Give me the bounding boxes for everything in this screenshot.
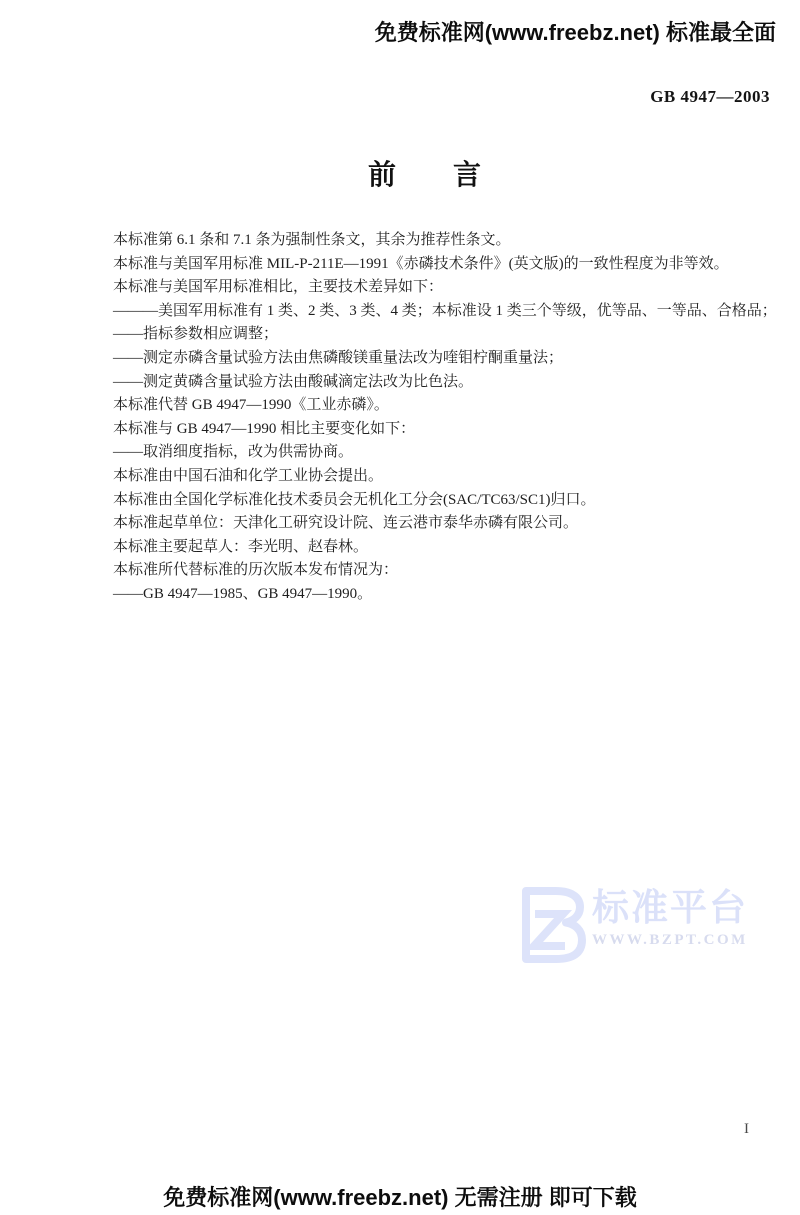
page-title: 前言 <box>0 153 800 193</box>
watermark-site-url: WWW.BZPT.COM <box>592 932 748 949</box>
paragraph-line: ———美国军用标准有 1 类、2 类、3 类、4 类；本标准设 1 类三个等级，… <box>113 300 777 324</box>
watermark-site-name: 标准平台 <box>592 888 748 928</box>
freebz-footer-banner: 免费标准网(www.freebz.net) 无需注册 即可下载 <box>0 1181 800 1212</box>
title-char-yan: 言 <box>453 160 482 191</box>
paragraph-line: 本标准与美国军用标准 MIL-P-211E—1991《赤磷技术条件》(英文版)的… <box>113 253 777 277</box>
freebz-header-banner: 免费标准网(www.freebz.net) 标准最全面 <box>375 16 776 47</box>
document-page: 免费标准网(www.freebz.net) 标准最全面 GB 4947—2003… <box>0 0 800 1215</box>
paragraph-line: 本标准起草单位：天津化工研究设计院、连云港市泰华赤磷有限公司。 <box>113 512 777 536</box>
paragraph-line: ——测定黄磷含量试验方法由酸碱滴定法改为比色法。 <box>113 371 777 395</box>
paragraph-line: 本标准主要起草人：李光明、赵春林。 <box>113 536 777 560</box>
paragraph-line: 本标准由中国石油和化学工业协会提出。 <box>113 465 777 489</box>
paragraph-line: ——GB 4947—1985、GB 4947—1990。 <box>113 583 777 607</box>
paragraph-line: 本标准与 GB 4947—1990 相比主要变化如下： <box>113 418 777 442</box>
title-char-qian: 前 <box>368 160 397 191</box>
bzpt-watermark: 标准平台 WWW.BZPT.COM <box>518 884 748 971</box>
paragraph-line: 本标准由全国化学标准化技术委员会无机化工分会(SAC/TC63/SC1)归口。 <box>113 489 777 513</box>
paragraph-line: 本标准与美国军用标准相比，主要技术差异如下： <box>113 276 777 300</box>
paragraph-line: 本标准第 6.1 条和 7.1 条为强制性条文，其余为推荐性条文。 <box>113 229 777 253</box>
paragraph-line: ——测定赤磷含量试验方法由焦磷酸镁重量法改为喹钼柠酮重量法； <box>113 347 777 371</box>
paragraph-line: ——指标参数相应调整； <box>113 323 777 347</box>
foreword-body: 本标准第 6.1 条和 7.1 条为强制性条文，其余为推荐性条文。 本标准与美国… <box>113 229 777 607</box>
bzpt-logo-icon <box>518 884 588 971</box>
paragraph-line: 本标准代替 GB 4947—1990《工业赤磷》。 <box>113 394 777 418</box>
paragraph-line: ——取消细度指标，改为供需协商。 <box>113 441 777 465</box>
paragraph-line: 本标准所代替标准的历次版本发布情况为： <box>113 559 777 583</box>
standard-number: GB 4947—2003 <box>650 87 770 107</box>
page-number: I <box>744 1121 749 1138</box>
